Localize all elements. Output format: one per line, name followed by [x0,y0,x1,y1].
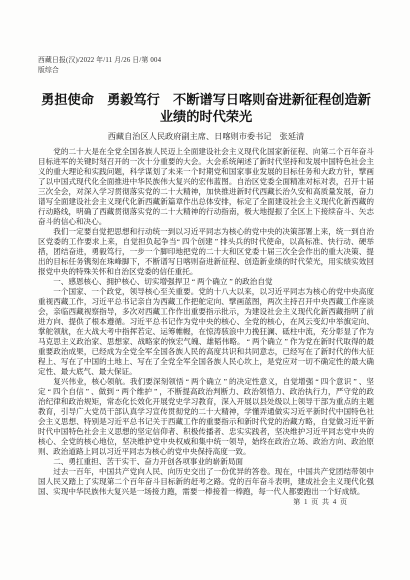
byline: 西藏自治区人民政府副主席、日喀则市委书记 张延清 [38,131,374,142]
article-body: 党的二十大是在全党全国各族人民迈上全面建设社会主义现代化国家新征程、向第二个百年… [38,147,374,497]
document-page: 西藏日报(汉)/2022 年/11 月/26 日/第 004 版综合 勇担使命 … [0,0,410,580]
paragraph: 一个国家、一个政党，领导核心至关重要。党的十八大以来，以习近平同志为核心的党中央… [38,287,374,377]
section-heading-1: 一、感恩核心、拥护核心、切实增强捍卫 “ 两个确立 ” 的政治自觉 [38,277,374,287]
edition-line: 版综合 [38,66,338,76]
paragraph: 复兴伟业，核心领航。我们要深刻领悟 “ 两个确立 ” 的决定性意义，自觉增强 “… [38,377,374,457]
page-number: 第 1 页 共 4 页 [293,497,348,507]
article-title: 勇担使命 勇毅笃行 不断谱写日喀则奋进新征程创造新业绩的时代荣光 [38,91,374,125]
source-citation: 西藏日报(汉)/2022 年/11 月/26 日/第 004 版综合 [38,56,338,75]
source-line: 西藏日报(汉)/2022 年/11 月/26 日/第 004 [38,56,338,66]
section-heading-2: 二、勇扛重担、苦干实干、奋力开创各项事业的崭新局面 [38,457,374,467]
paragraph: 我们一定要自觉把思想和行动统一到以习近平同志为核心的党中央的决策部署上来，统一到… [38,227,374,277]
paragraph: 过去一百年，中国共产党向人民、向历史交出了一份优异的答卷。现在，中国共产党团结带… [38,467,374,497]
paragraph: 党的二十大是在全党全国各族人民迈上全面建设社会主义现代化国家新征程、向第二个百年… [38,147,374,227]
